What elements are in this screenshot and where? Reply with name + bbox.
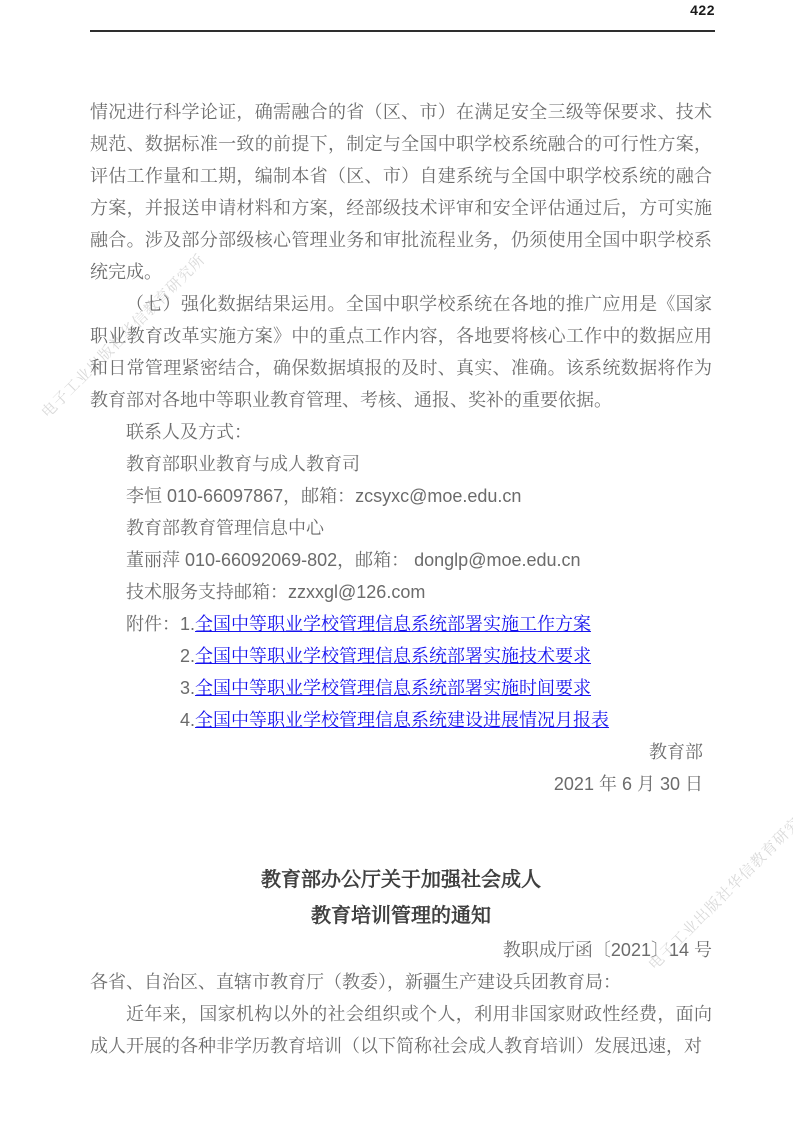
attachment-row: 2. 全国中等职业学校管理信息系统部署实施技术要求 — [90, 640, 712, 672]
contact-person-2: 董丽萍 010-66092069-802，邮箱： donglp@moe.edu.… — [90, 544, 712, 576]
attachment-number: 1. — [180, 608, 195, 640]
attachments-list: 附件： 1. 全国中等职业学校管理信息系统部署实施工作方案 2. 全国中等职业学… — [90, 608, 712, 736]
attachment-row: 4. 全国中等职业学校管理信息系统建设进展情况月报表 — [90, 704, 712, 736]
doc2-title-line-1: 教育部办公厅关于加强社会成人 — [90, 862, 712, 898]
attachment-number: 2. — [180, 640, 195, 672]
header-rule — [90, 30, 715, 32]
doc2-salutation: 各省、自治区、直辖市教育厅（教委），新疆生产建设兵团教育局： — [90, 966, 712, 998]
document-page: 422 电子工业出版社华信教育研究所 电子工业出版社华信教育研究所 情况进行科学… — [0, 0, 793, 1122]
attachment-link-2[interactable]: 全国中等职业学校管理信息系统部署实施技术要求 — [195, 640, 591, 672]
contact-info-block: 联系人及方式： 教育部职业教育与成人教育司 李恒 010-66097867，邮箱… — [90, 416, 712, 608]
doc2-body-paragraph: 近年来，国家机构以外的社会组织或个人，利用非国家财政性经费，面向成人开展的各种非… — [90, 998, 712, 1062]
contact-support-email: 技术服务支持邮箱：zzxxgl@126.com — [90, 576, 712, 608]
signature-issuer: 教育部 — [90, 736, 703, 768]
attachment-row: 附件： 1. 全国中等职业学校管理信息系统部署实施工作方案 — [90, 608, 712, 640]
body-paragraph-item-seven: （七）强化数据结果运用。全国中职学校系统在各地的推广应用是《国家职业教育改革实施… — [90, 288, 712, 416]
signature-date: 2021 年 6 月 30 日 — [90, 768, 703, 800]
signature-block: 教育部 2021 年 6 月 30 日 — [90, 736, 712, 800]
doc2-title: 教育部办公厅关于加强社会成人 教育培训管理的通知 — [90, 862, 712, 934]
contact-department-1: 教育部职业教育与成人教育司 — [90, 448, 712, 480]
attachment-link-1[interactable]: 全国中等职业学校管理信息系统部署实施工作方案 — [195, 608, 591, 640]
attachment-number: 3. — [180, 672, 195, 704]
attachment-link-4[interactable]: 全国中等职业学校管理信息系统建设进展情况月报表 — [195, 704, 609, 736]
contact-person-1: 李恒 010-66097867，邮箱：zcsyxc@moe.edu.cn — [90, 480, 712, 512]
contact-department-2: 教育部教育管理信息中心 — [90, 512, 712, 544]
body-paragraph-continuation: 情况进行科学论证，确需融合的省（区、市）在满足安全三级等保要求、技术规范、数据标… — [90, 96, 712, 288]
attachment-row: 3. 全国中等职业学校管理信息系统部署实施时间要求 — [90, 672, 712, 704]
attachment-number: 4. — [180, 704, 195, 736]
doc2-title-line-2: 教育培训管理的通知 — [90, 898, 712, 934]
doc2-document-number: 教职成厅函〔2021〕14 号 — [90, 934, 712, 966]
attachments-label: 附件： — [126, 608, 180, 640]
page-number: 422 — [690, 2, 715, 18]
attachment-link-3[interactable]: 全国中等职业学校管理信息系统部署实施时间要求 — [195, 672, 591, 704]
contact-heading: 联系人及方式： — [90, 416, 712, 448]
